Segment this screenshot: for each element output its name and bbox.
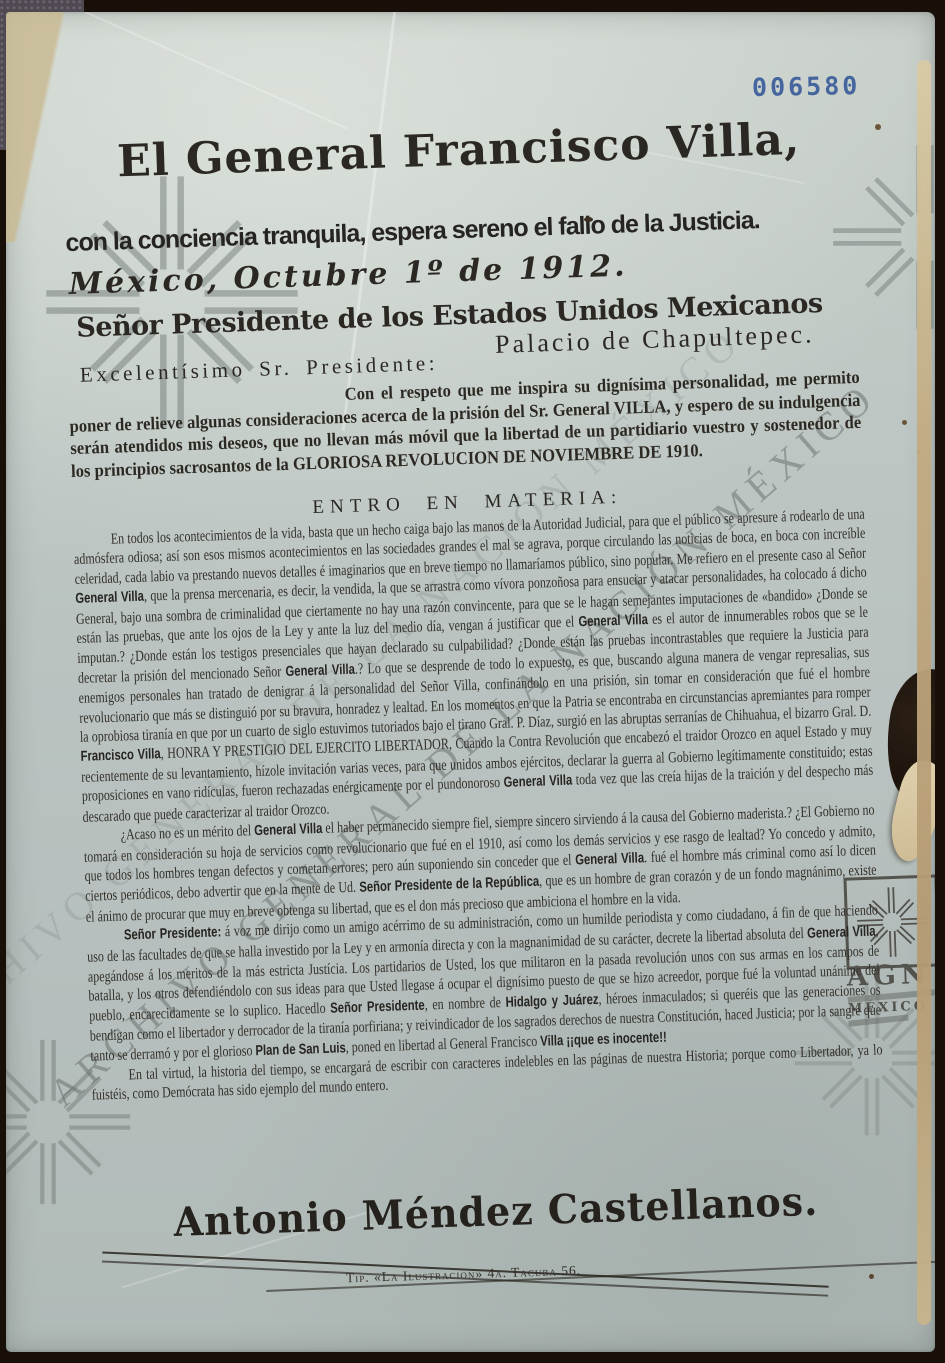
foxing-spot (869, 1274, 874, 1279)
bold-run: General Villa (254, 821, 323, 839)
bold-run: Señor Presidente (330, 997, 425, 1016)
foxing-spot (875, 124, 881, 130)
body-text: En todos los acontecimientos de la vida,… (73, 505, 883, 1106)
signature: Antonio Méndez Castellanos. (134, 1176, 857, 1247)
dateline: México, Octubre 1º de 1912. (68, 248, 628, 302)
bold-run: Señor Presidente de la República (359, 874, 539, 896)
bold-run: General Villa (75, 589, 144, 607)
document-title: El General Francisco Villa, (74, 112, 843, 188)
bold-run: Francisco Villa (80, 747, 161, 766)
ink-speck (584, 217, 593, 222)
bold-run: Villa ¡¡que es inocente!! (540, 1029, 667, 1049)
bold-run: General Villa (578, 612, 648, 630)
text-run: ¿Acaso no es un mérito del (120, 822, 254, 843)
foxing-spot (902, 420, 907, 425)
bold-run: General Villa (285, 662, 355, 680)
body-paragraph: Señor Presidente: á voz me dirijo como u… (86, 901, 882, 1067)
body-paragraph: En todos los acontecimientos de la vida,… (73, 505, 874, 827)
paper-torn-edge (917, 60, 931, 1325)
bold-run: Plan de San Luis (255, 1040, 346, 1059)
text-run: , en nombre de (424, 994, 505, 1014)
bold-run: Señor Presidente: (124, 924, 222, 943)
bold-run: General Villa (503, 773, 572, 791)
document-subtitle: con la conciencia tranquila, espera sere… (65, 206, 760, 258)
bold-run: Hidalgo y Juárez (505, 992, 598, 1011)
document-paper: ARCHIVO GENERAL DE LA NACIÓN MÉXICO ARCH… (6, 12, 935, 1352)
bold-run: General Villa (575, 850, 644, 868)
bold-run: General Villa (807, 923, 876, 941)
printed-content: El General Francisco Villa, con la conci… (56, 12, 900, 1352)
photo-backdrop: ARCHIVO GENERAL DE LA NACIÓN MÉXICO ARCH… (0, 0, 945, 1363)
